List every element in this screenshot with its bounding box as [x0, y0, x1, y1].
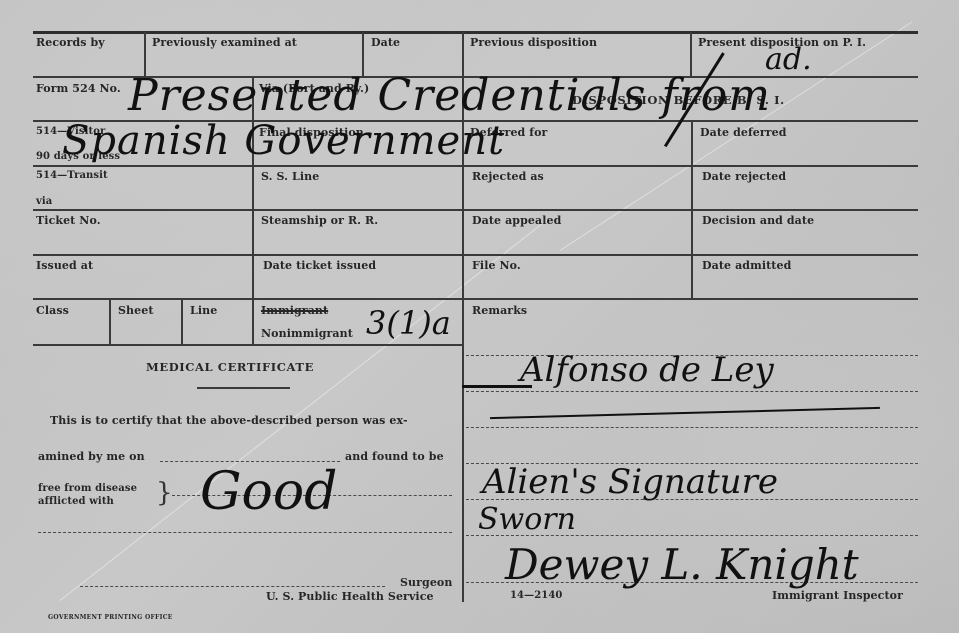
public-health-service-label: U. S. Public Health Service	[266, 590, 434, 603]
printer-imprint: GOVERNMENT PRINTING OFFICE	[48, 614, 173, 621]
row-divider	[33, 298, 918, 300]
photo-scratch	[60, 218, 549, 600]
row-divider	[33, 165, 918, 167]
afflicted-with-label: afflicted with	[38, 496, 114, 507]
col-divider	[181, 299, 183, 345]
medical-result-handwritten: Good	[200, 462, 337, 522]
alien-signature-label-handwritten: Alien's Signature	[482, 462, 778, 502]
ticket-no-label: Ticket No.	[36, 214, 101, 227]
file-no-label: File No.	[472, 259, 521, 272]
decision-and-date-label: Decision and date	[702, 214, 814, 227]
brace-icon: }	[156, 478, 173, 508]
sheet-label: Sheet	[118, 304, 154, 317]
nonimmigrant-label: Nonimmigrant	[261, 327, 353, 340]
row-divider	[33, 344, 463, 346]
inspector-signature: Dewey L. Knight	[505, 540, 859, 589]
issued-at-label: Issued at	[36, 259, 93, 272]
date-deferred-label: Date deferred	[700, 126, 787, 139]
medical-certificate-title: MEDICAL CERTIFICATE	[146, 360, 314, 374]
steamship-or-rr-label: Steamship or R. R.	[261, 214, 378, 227]
form-524-no-label: Form 524 No.	[36, 82, 121, 95]
handwritten-credentials-line2: Spanish Government	[62, 118, 505, 164]
nonimmigrant-class-value: 3(1)a	[366, 304, 451, 342]
class-label: Class	[36, 304, 69, 317]
line-label: Line	[190, 304, 217, 317]
remarks-line	[466, 391, 918, 392]
surgeon-label: Surgeon	[400, 576, 452, 589]
records-by-label: Records by	[36, 36, 105, 49]
top-border	[33, 31, 918, 34]
immigration-inspection-card: Records by Previously examined at Date P…	[0, 0, 959, 633]
signature-underline	[490, 407, 880, 419]
sworn-handwritten: Sworn	[478, 502, 576, 537]
condition-line-2	[38, 532, 452, 533]
medical-line2-start: amined by me on	[38, 450, 145, 463]
date-rejected-label: Date rejected	[702, 170, 786, 183]
immigrant-label-struck: Immigrant	[261, 304, 328, 317]
alien-signature: Alfonso de Ley	[520, 350, 774, 390]
handwritten-credentials-line1: Presented Credentials from	[128, 70, 771, 121]
rejected-as-label: Rejected as	[472, 170, 544, 183]
remarks-line	[466, 427, 918, 428]
previous-disposition-label: Previous disposition	[470, 36, 597, 49]
date-admitted-label: Date admitted	[702, 259, 791, 272]
ss-line-label: S. S. Line	[261, 170, 319, 183]
row-divider	[33, 209, 918, 211]
medical-line2-end: and found to be	[345, 450, 444, 463]
row-divider	[33, 254, 918, 256]
date-ticket-issued-label: Date ticket issued	[263, 259, 376, 272]
form-number-label: 14—2140	[510, 590, 562, 601]
surgeon-signature-line	[80, 586, 385, 587]
title-underline	[197, 387, 290, 389]
free-from-disease-label: free from disease	[38, 483, 137, 494]
remarks-label: Remarks	[472, 304, 527, 317]
transit-514-label: 514—Transit	[36, 170, 108, 181]
via-label: via	[36, 196, 52, 207]
medical-line1: This is to certify that the above-descri…	[50, 414, 408, 427]
col-divider	[109, 299, 111, 345]
date-appealed-label: Date appealed	[472, 214, 561, 227]
previously-examined-at-label: Previously examined at	[152, 36, 297, 49]
date-label: Date	[371, 36, 400, 49]
present-disposition-value: ad.	[765, 42, 812, 77]
col-divider	[691, 121, 693, 299]
immigrant-inspector-label: Immigrant Inspector	[772, 589, 903, 602]
